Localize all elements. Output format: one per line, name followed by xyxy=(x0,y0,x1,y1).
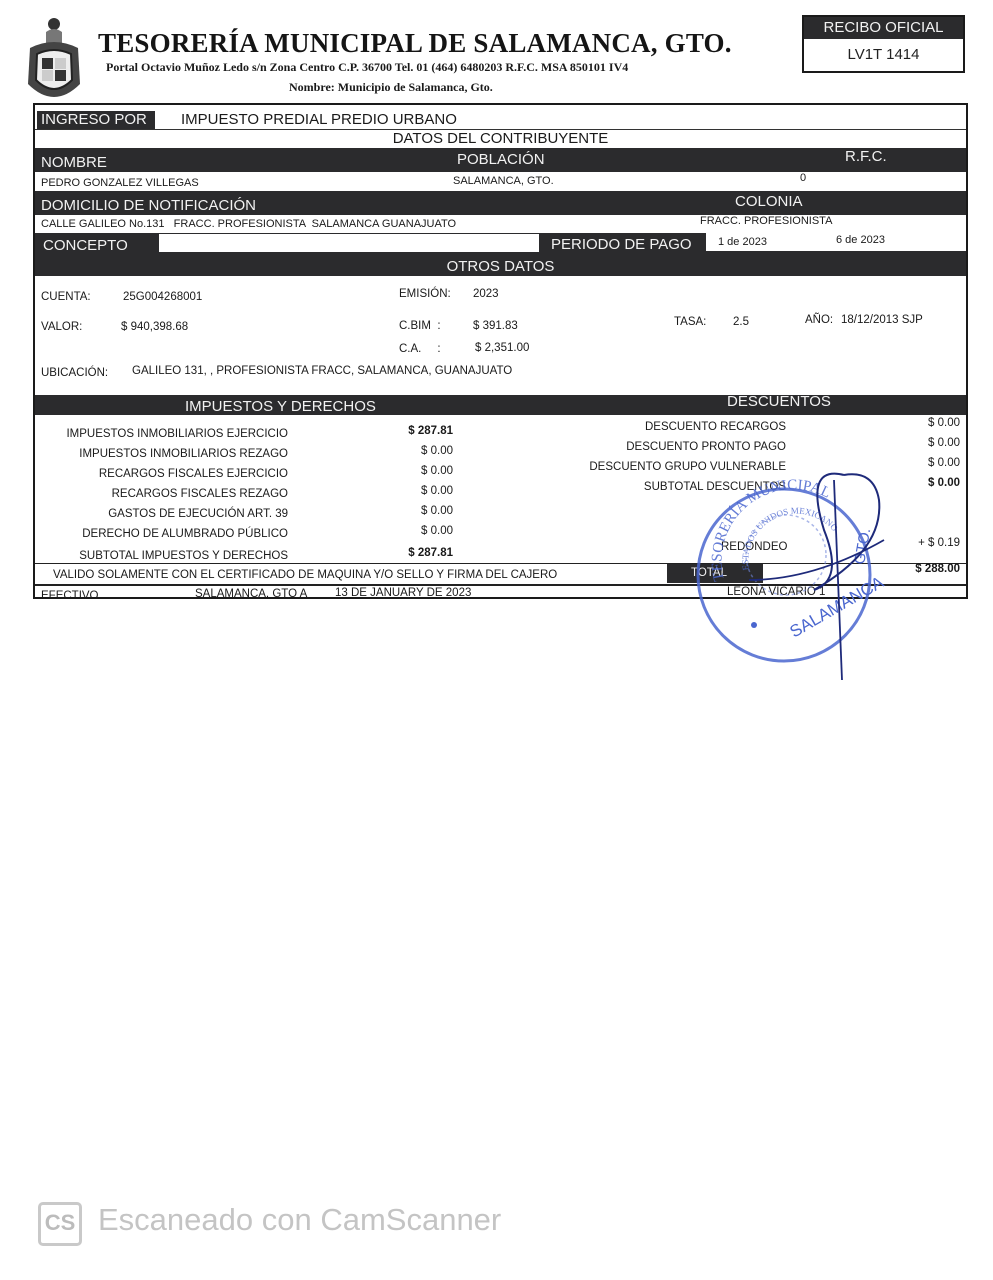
ingreso-row: INGRESO POR IMPUESTO PREDIAL PREDIO URBA… xyxy=(35,111,966,129)
impuesto-amount: $ 0.00 xyxy=(421,485,453,497)
poblacion-value: SALAMANCA, GTO. xyxy=(453,175,554,187)
impuesto-amount: $ 0.00 xyxy=(421,445,453,457)
section-impuestos: IMPUESTOS Y DERECHOS xyxy=(185,398,376,415)
impuesto-amount: $ 287.81 xyxy=(408,425,453,437)
concepto-label: CONCEPTO xyxy=(43,237,128,254)
colonia-label: COLONIA xyxy=(735,193,803,210)
ubicacion-label: UBICACIÓN: xyxy=(41,367,108,379)
municipal-coat-of-arms-icon xyxy=(22,14,86,110)
emision-label: EMISIÓN: xyxy=(399,288,451,300)
ca-value: $ 2,351.00 xyxy=(475,342,529,354)
nombre-label: NOMBRE xyxy=(41,154,107,171)
camscanner-text: Escaneado con CamScanner xyxy=(98,1202,501,1238)
cuenta-value: 25G004268001 xyxy=(123,291,202,303)
impuesto-amount: $ 287.81 xyxy=(408,547,453,559)
section-datos-contribuyente: DATOS DEL CONTRIBUYENTE xyxy=(35,129,966,149)
nombre-value-row: PEDRO GONZALEZ VILLEGAS SALAMANCA, GTO. … xyxy=(35,172,966,191)
descuento-amount: $ 0.00 xyxy=(928,437,960,449)
impuesto-label: IMPUESTOS INMOBILIARIOS REZAGO xyxy=(79,448,288,460)
total-value: $ 288.00 xyxy=(915,563,960,575)
concepto-row: CONCEPTO PERIODO DE PAGO 1 de 2023 6 de … xyxy=(35,233,966,255)
total-label: TOTAL xyxy=(691,567,727,579)
descuento-amount: $ 0.00 xyxy=(928,477,960,489)
descuento-label: SUBTOTAL DESCUENTOS xyxy=(644,481,786,493)
institution-address: Portal Octavio Muñoz Ledo s/n Zona Centr… xyxy=(106,60,628,75)
rfc-value: 0 xyxy=(800,172,806,184)
ubicacion-value: GALILEO 131, , PROFESIONISTA FRACC, SALA… xyxy=(132,365,512,377)
impuesto-amount: $ 0.00 xyxy=(421,505,453,517)
descuento-amount: $ 0.00 xyxy=(928,417,960,429)
receipt-label: RECIBO OFICIAL xyxy=(804,17,963,39)
cbim-label: C.BIM : xyxy=(399,320,441,332)
lugar: SALAMANCA, GTO A xyxy=(195,588,307,600)
impuesto-label: GASTOS DE EJECUCIÓN ART. 39 xyxy=(108,508,288,520)
impuesto-label: IMPUESTOS INMOBILIARIOS EJERCICIO xyxy=(66,428,288,440)
cbim-value: $ 391.83 xyxy=(473,320,518,332)
domicilio-header-row: DOMICILIO DE NOTIFICACIÓN COLONIA xyxy=(35,191,966,215)
institution-name: Nombre: Municipio de Salamanca, Gto. xyxy=(289,80,493,95)
camscanner-logo-icon: CS xyxy=(38,1202,82,1246)
periodo-label: PERIODO DE PAGO xyxy=(551,236,692,253)
cuenta-label: CUENTA: xyxy=(41,291,91,303)
colonia-value: FRACC. PROFESIONISTA xyxy=(700,215,832,227)
impuesto-label: DERECHO DE ALUMBRADO PÚBLICO xyxy=(82,528,288,540)
anio-value: 18/12/2013 SJP xyxy=(841,314,923,326)
concepto-field xyxy=(159,234,539,252)
validez-text: VALIDO SOLAMENTE CON EL CERTIFICADO DE M… xyxy=(53,569,557,581)
datos-contribuyente-row: DATOS DEL CONTRIBUYENTE xyxy=(35,129,966,149)
ingreso-value: IMPUESTO PREDIAL PREDIO URBANO xyxy=(181,111,457,129)
emision-value: 2023 xyxy=(473,288,499,300)
poblacion-label: POBLACIÓN xyxy=(457,151,545,168)
valor-value: $ 940,398.68 xyxy=(121,321,188,333)
sucursal: LEONA VICARIO 1 xyxy=(727,586,825,598)
rfc-label: R.F.C. xyxy=(845,148,887,165)
otros-datos-header: OTROS DATOS xyxy=(35,255,966,276)
impuesto-label: SUBTOTAL IMPUESTOS Y DERECHOS xyxy=(79,550,288,562)
domicilio-value-row: CALLE GALILEO No.131 FRACC. PROFESIONIST… xyxy=(35,215,966,233)
descuento-amount: $ 0.00 xyxy=(928,457,960,469)
impuesto-label: RECARGOS FISCALES REZAGO xyxy=(112,488,288,500)
redondeo-value: + $ 0.19 xyxy=(918,537,960,549)
periodo-hasta: 6 de 2023 xyxy=(836,234,885,246)
section-descuentos: DESCUENTOS xyxy=(727,393,831,410)
redondeo-label: REDONDEO xyxy=(721,541,787,553)
nombre-header-row: NOMBRE POBLACIÓN R.F.C. xyxy=(35,148,966,172)
tasa-value: 2.5 xyxy=(733,316,749,328)
institution-title: TESORERÍA MUNICIPAL DE SALAMANCA, GTO. xyxy=(98,28,732,59)
validez-row: VALIDO SOLAMENTE CON EL CERTIFICADO DE M… xyxy=(35,564,966,584)
descuento-label: DESCUENTO PRONTO PAGO xyxy=(626,441,786,453)
nombre-value: PEDRO GONZALEZ VILLEGAS xyxy=(41,177,199,189)
impuesto-amount: $ 0.00 xyxy=(421,525,453,537)
total-label-cell: TOTAL xyxy=(667,564,763,583)
impuesto-amount: $ 0.00 xyxy=(421,465,453,477)
impuestos-descuentos-header: IMPUESTOS Y DERECHOS DESCUENTOS xyxy=(35,395,966,415)
valor-label: VALOR: xyxy=(41,321,82,333)
ca-label: C.A. : xyxy=(399,343,441,355)
domicilio-label: DOMICILIO DE NOTIFICACIÓN xyxy=(41,197,256,214)
anio-label: AÑO: xyxy=(805,314,833,326)
section-otros-datos: OTROS DATOS xyxy=(35,258,966,275)
receipt-number: LV1T 1414 xyxy=(804,39,963,71)
fecha: 13 DE JANUARY DE 2023 xyxy=(335,587,471,599)
receipt-number-box: RECIBO OFICIAL LV1T 1414 xyxy=(802,15,965,73)
periodo-desde: 1 de 2023 xyxy=(718,236,767,248)
pago-row: EFECTIVO SALAMANCA, GTO A 13 DE JANUARY … xyxy=(35,586,966,601)
descuento-label: DESCUENTO GRUPO VULNERABLE xyxy=(589,461,786,473)
tasa-label: TASA: xyxy=(674,316,706,328)
descuento-label: DESCUENTO RECARGOS xyxy=(645,421,786,433)
domicilio-value: CALLE GALILEO No.131 FRACC. PROFESIONIST… xyxy=(41,218,456,230)
ingreso-label: INGRESO POR xyxy=(37,111,155,129)
periodo-field: 1 de 2023 6 de 2023 xyxy=(706,233,966,251)
receipt-form: INGRESO POR IMPUESTO PREDIAL PREDIO URBA… xyxy=(33,103,968,599)
forma-pago: EFECTIVO xyxy=(41,590,99,602)
impuesto-label: RECARGOS FISCALES EJERCICIO xyxy=(99,468,288,480)
